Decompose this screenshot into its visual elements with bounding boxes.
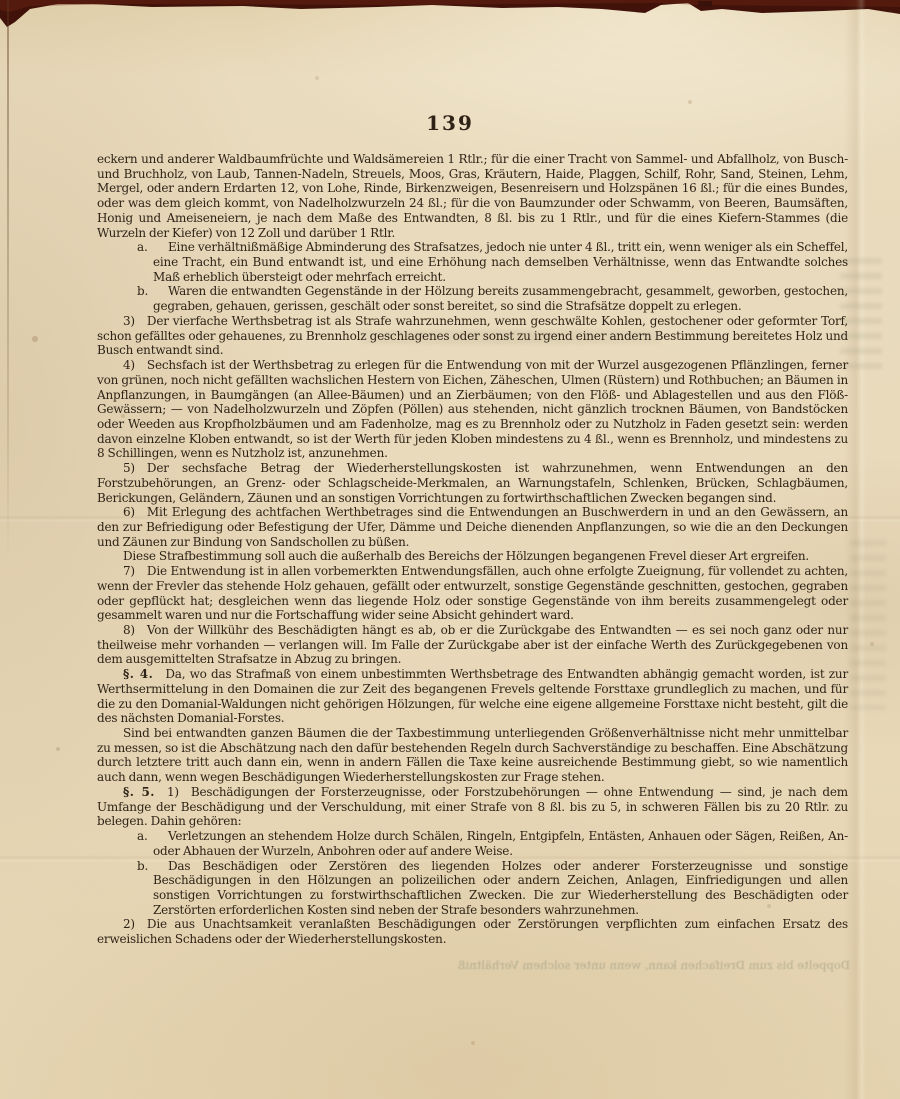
paragraph-numbered: 2)Die aus Unachtsamkeit veranlaßten Besc… [97,917,848,946]
paragraph-section: §. 5.1)Beschädigungen der Forsterzeugnis… [97,785,848,829]
paragraph-text: Die Entwendung ist in allen vorbemerkten… [97,564,848,622]
paragraph-text: Waren die entwandten Gegenstände in der … [153,284,848,313]
paragraph-text: Da, wo das Strafmaß von einem unbestimmt… [97,667,848,725]
paragraph-label: 5) [123,461,135,475]
paragraph-label: 3) [123,314,135,328]
paragraph-text: Mit Erlegung des achtfachen Werthbetrage… [97,505,848,548]
paragraph-lettered: a.Verletzungen an stehendem Holze durch … [137,829,848,858]
page-number: 139 [0,111,900,135]
paragraph-label: §. 5. [123,785,155,799]
paragraph-text: Der vierfache Werthsbetrag ist als Straf… [97,314,848,357]
paragraph-text: Der sechsfache Betrag der Wiederherstell… [97,461,848,504]
paragraph-label: a. [137,829,168,844]
paragraph-numbered: 8)Von der Willkühr des Beschädigten häng… [97,623,848,667]
paragraph-text: Eine verhältnißmäßige Abminderung des St… [153,240,848,283]
scanned-document-page: 139 eckern und anderer Waldbaumfrüchte u… [0,0,900,1099]
paragraph-sublabel: 1) [167,785,179,799]
paragraph-plain: Sind bei entwandten ganzen Bäumen die de… [97,726,848,785]
paragraph-lettered: b.Das Beschädigen oder Zerstören des lie… [137,859,848,918]
bleedthrough-text: Doppelte bis zum Dreifachen kann, wenn u… [330,958,850,972]
paragraph-label: b. [137,859,168,874]
paragraph-text: Diese Strafbestimmung soll auch die auße… [123,549,809,563]
paragraph-numbered: 7)Die Entwendung ist in allen vorbemerkt… [97,564,848,623]
paragraph-label: §. 4. [123,667,153,681]
paragraph-text: Beschädigungen der Forsterzeugnisse, ode… [97,785,848,828]
paragraph-numbered: 4)Sechsfach ist der Werthsbetrag zu erle… [97,358,848,461]
paragraph-text: Verletzungen an stehendem Holze durch Sc… [153,829,848,858]
paragraph-text: Von der Willkühr des Beschädigten hängt … [97,623,848,666]
paragraph-continuation: eckern und anderer Waldbaumfrüchte und W… [97,152,848,240]
paragraph-label: b. [137,284,168,299]
paragraph-plain: Diese Strafbestimmung soll auch die auße… [97,549,848,564]
paragraph-label: a. [137,240,168,255]
paragraph-text: Die aus Unachtsamkeit veranlaßten Beschä… [97,917,848,946]
paragraph-text: Sind bei entwandten ganzen Bäumen die de… [97,726,848,784]
paragraph-label: 4) [123,358,135,372]
paragraph-label: 8) [123,623,135,637]
scan-edge-shadow [0,0,900,30]
paper-specks [0,0,2,2]
paragraph-numbered: 5)Der sechsfache Betrag der Wiederherste… [97,461,848,505]
paragraph-text: Sechsfach ist der Werthsbetrag zu erlege… [97,358,848,460]
page-fold-edge [7,0,9,565]
paragraph-text: eckern und anderer Waldbaumfrüchte und W… [97,152,848,240]
paragraph-label: 6) [123,505,135,519]
paragraph-numbered: 3)Der vierfache Werthsbetrag ist als Str… [97,314,848,358]
paragraph-lettered: a.Eine verhältnißmäßige Abminderung des … [137,240,848,284]
paragraph-lettered: b.Waren die entwandten Gegenstände in de… [137,284,848,313]
paragraph-section: §. 4.Da, wo das Strafmaß von einem unbes… [97,667,848,726]
paragraph-numbered: 6)Mit Erlegung des achtfachen Werthbetra… [97,505,848,549]
paragraph-label: 7) [123,564,135,578]
document-body: eckern und anderer Waldbaumfrüchte und W… [97,152,848,947]
paragraph-text: Das Beschädigen oder Zerstören des liege… [153,859,848,917]
paragraph-label: 2) [123,917,135,931]
